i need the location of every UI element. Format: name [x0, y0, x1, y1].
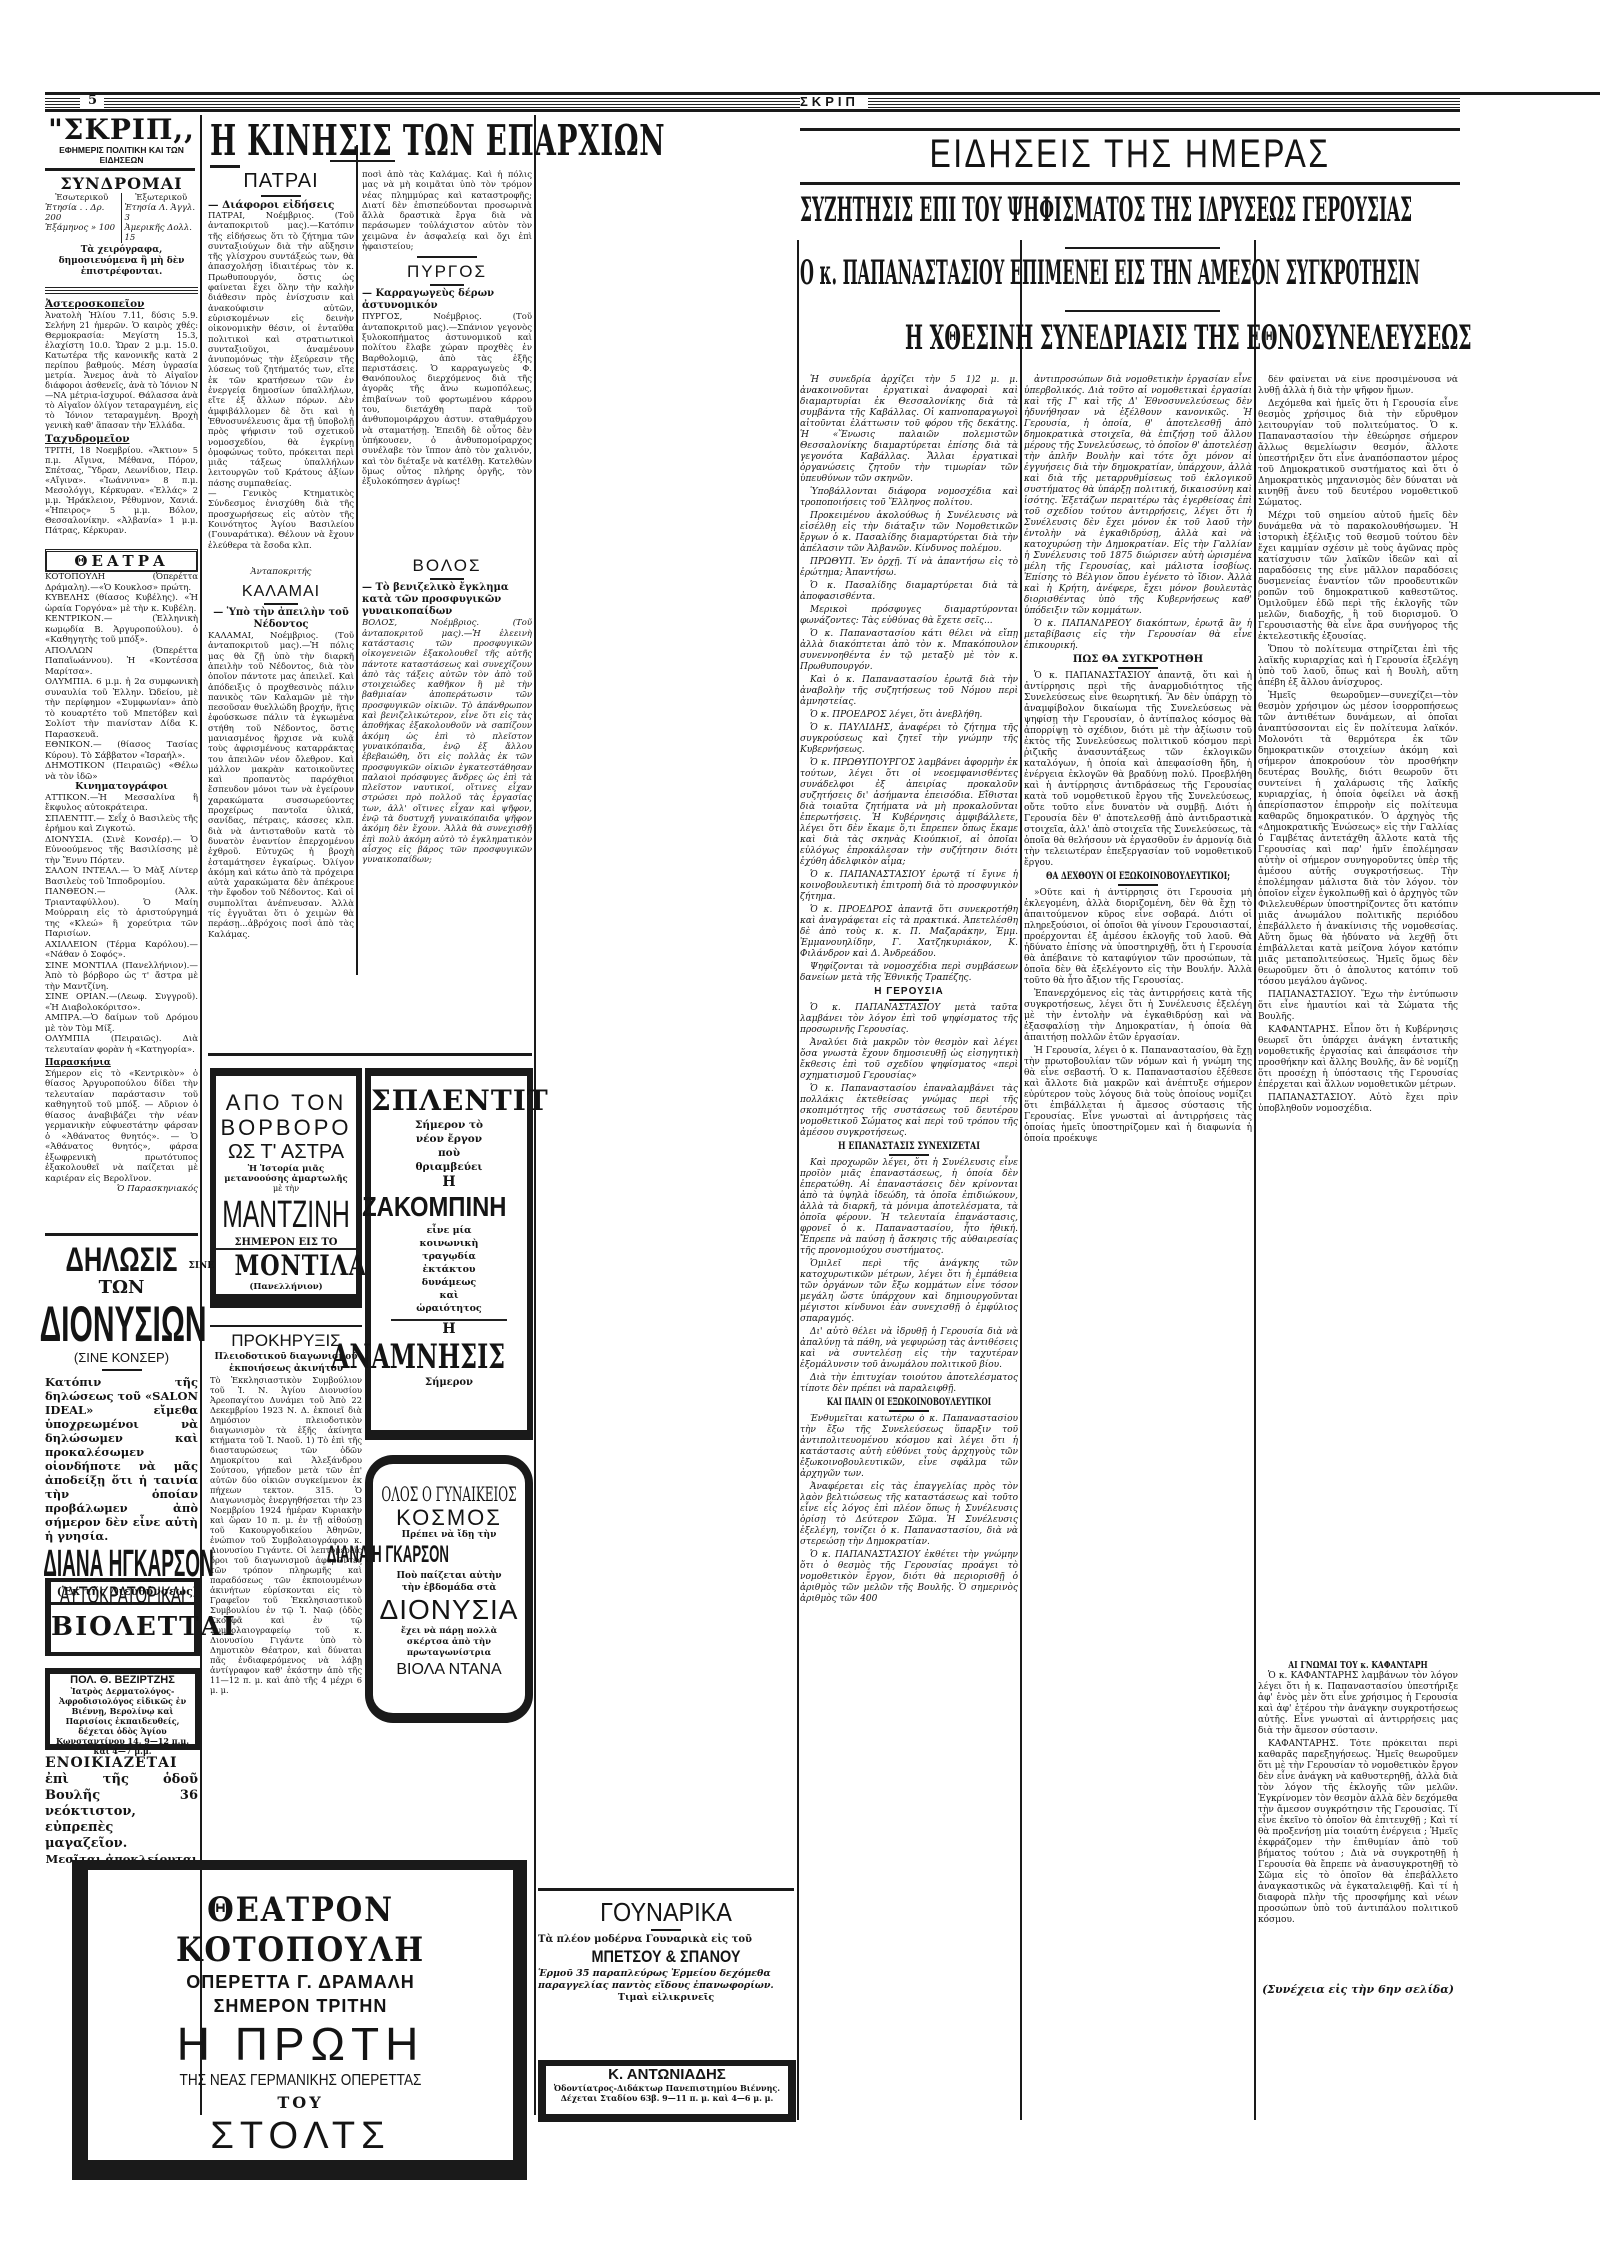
cinema-title: Κινηματογράφοι [45, 782, 198, 793]
paragraph: Ἀναφέρεται εἰς τὰς ἐπαγγελίας πρὸς τὸν λ… [800, 1482, 1018, 1548]
provinces-title: Η ΚΙΝΗΣΙΣ ΤΩΝ ΕΠΑΡΧΙΩΝ [210, 118, 665, 164]
paragraph: Ὅπου τὸ πολίτευμα στηρίζεται ἐπὶ τῆς λαϊ… [1258, 645, 1458, 689]
divider [330, 160, 395, 162]
provinces-column-b: ποσὶ ἀπὸ τὰς Καλάμας. Καὶ ἡ πόλις μας νὰ… [362, 170, 532, 903]
ad-line: (ΣΙΝΕ ΚΟΝΣΕΡ) [45, 1350, 198, 1365]
paragraph: Μέχρι τοῦ σημείου αὐτοῦ ἡμεῖς δὲν δυνάμε… [1258, 511, 1458, 643]
cinema-entry: ΣΑΛΟΝ ΙΝΤΕΑΛ.— Ὁ Μὰξ Λίντερ Βασιλεὺς τοῦ… [45, 866, 198, 887]
rent-body: ἐπὶ τῆς ὁδοῦ Βουλῆς 36 νεόκτιστον, εὐπρε… [45, 1772, 198, 1851]
provinces-column-a: ΠΑΤΡΑΙ — Διάφοροι εἰδήσεις ΠΑΤΡΑΙ, Νοέμβ… [208, 170, 354, 971]
divider [417, 256, 477, 258]
revolution-title: Η ΕΠΑΝΑΣΤΑΣΙΣ ΣΥΝΕΧΙΖΕΤΑΙ [822, 1141, 996, 1152]
ad-when: Σήμερον [371, 1377, 527, 1388]
divider [1118, 667, 1158, 669]
headline-1: ΣΥΖΗΤΗΣΙΣ ΕΠΙ ΤΟΥ ΨΗΦΙΣΜΑΤΟΣ ΤΗΣ ΙΔΡΥΣΕΩ… [800, 190, 1412, 230]
cinema-entry: ΟΛΥΜΠΙΑ (Πειραιῶς). Διὰ τελευταίαν φορὰν… [45, 1034, 198, 1055]
divider [889, 1410, 929, 1412]
ad-montila: ΑΠΟ ΤΟΝ ΒΟΡΒΟΡΟ ΩΣ Τ' ΑΣΤΡΑ Ἡ Ἱστορία μι… [210, 1068, 362, 1308]
observatory-title: Ἀστεροσκοπεῖον [45, 298, 198, 310]
continued-notice: (Συνέχεια εἰς τὴν 6ην σελίδα) [1258, 1983, 1458, 1996]
kafantaris-text: Ὁ κ. ΚΑΦΑΝΤΑΡΗΣ λαμβάνων τὸν λόγον λέγει… [1258, 1671, 1458, 1737]
kalamai-continued: ποσὶ ἀπὸ τὰς Καλάμας. Καὶ ἡ πόλις μας νὰ… [362, 170, 532, 252]
again-text: Ἐνθυμεῖται κατωτέρω ὁ κ. Παπαναστασίου τ… [800, 1414, 1018, 1644]
antoniadis-name: Κ. ΑΝΤΩΝΙΑΔΗΣ [546, 2066, 788, 2083]
paragraph: Ὁ κ. ΠΡΟΕΔΡΟΣ ἀπαντᾷ ὅτι συνεκροτήθη καὶ… [800, 905, 1018, 960]
column-divider [200, 115, 202, 2115]
kalamai-text: ΚΑΛΑΜΑΙ, Νοέμβριος. (Τοῦ ἀνταποκριτοῦ μα… [208, 631, 354, 971]
ad-dionysia-declaration: ΔΗΛΩΣΙΣ ΤΩΝ ΔΙΟΝΥΣΙΩΝ (ΣΙΝΕ ΚΟΝΣΕΡ) Κατό… [45, 1233, 198, 1605]
ad-line: ΑΥΤΟΚΡΑΤΟΡΙΚΑΙ [53, 1582, 191, 1610]
divider [264, 603, 298, 605]
pyrgos-subhead: — Καρραγωγεὺς δέρων ἀστυνομικόν [362, 288, 532, 312]
proclamation-text: Τὸ Ἐκκλησιαστικὸν Συμβούλιον τοῦ Ἰ. Ν. Ἁ… [210, 1375, 362, 1695]
divider [102, 1369, 142, 1371]
ad-line: ΘΕΑΤΡΟΝ ΚΟΤΟΠΟΥΛΗ [109, 1890, 492, 1970]
ad-with: μὲ τὴν [216, 1184, 356, 1193]
news-column-1: Ἡ συνεδρία ἀρχίζει τὴν 5 1)2 μ. μ. ἀνακο… [800, 375, 1018, 1644]
domestic-label: Ἐσωτερικοῦ [45, 193, 119, 203]
paragraph: Ὁ κ. ΠΡΟΕΔΡΟΣ λέγει, ὅτι ἀνεβλήθη. [800, 710, 1018, 721]
gerousia-text: Ὁ κ. ΠΑΠΑΝΑΣΤΑΣΙΟΥ μετὰ ταῦτα λαμβάνει τ… [800, 1003, 1018, 1139]
ad-kotopouli: ΘΕΑΤΡΟΝ ΚΟΤΟΠΟΥΛΗ ΟΠΕΡΕΤΤΑ Γ. ΔΡΑΜΑΛΗ ΣΗ… [72, 1860, 527, 2180]
foreign-row: Ἀμερικῆς Δολλ. 15 [125, 223, 199, 243]
masthead-paper-name: ΣΚΡΙΠ [800, 94, 859, 109]
ad-line: ΟΛΟΣ Ο ΓΥΝΑΙΚΕΙΟΣ [379, 1482, 518, 1506]
divider [430, 284, 464, 286]
ad-line: Ποὺ παίζεται αὐτὴν τὴν ἑβδομάδα στὰ [373, 1570, 525, 1594]
antoniadis-text: Ὀδοντίατρος-Διδάκτωρ Πανεπιστημίου Βιένν… [546, 2083, 788, 2103]
ad-line: Πρέπει νὰ ἴδῃ τὴν [373, 1530, 525, 1540]
paragraph: Ἀναλύει διὰ μακρῶν τὸν θεσμὸν καὶ λέγει … [800, 1038, 1018, 1082]
foreign-row: Ἐτησία Λ. Ἀγγλ. 3 [125, 203, 199, 223]
divider [45, 1233, 198, 1236]
divider [889, 1154, 929, 1156]
backstage-text: Σήμερον εἰς τὸ «Κεντρικὸν» ὁ θίασος Ἀργυ… [45, 1069, 198, 1185]
paragraph: Ὁ κ. ΠΑΠΑΝΑΣΤΑΣΙΟΥ ἐκθέτει τὴν γνώμην ὅτ… [800, 1550, 1018, 1605]
ad-splendid: ΣΠΛΕΝΤΙΤ Σήμερον τὸ νέον ἔργον ποὺ θριαμ… [365, 1068, 533, 1440]
kafantaris-title: ΑΙ ΓΝΩΜΑΙ ΤΟΥ κ. ΚΑΦΑΝΤΑΡΗ [1254, 1660, 1462, 1671]
left-column: "ΣΚΡΙΠ,, ΕΦΗΜΕΡΙΣ ΠΟΛΙΤΙΚΗ ΚΑΙ ΤΩΝ ΕΙΔΗΣ… [45, 115, 198, 1195]
accept-text: »Οὔτε καὶ ἡ ἀντίρρησις ὅτι Γερουσία μὴ ἐ… [1024, 888, 1252, 1468]
paragraph: Ὁ κ. Παπαναστασίου ἐπαναλαμβάνει τὰς πολ… [800, 1084, 1018, 1139]
paragraph: ΠΡΩΘΥΠ. Ἐν ὀρχῇ. Τί νὰ ἀπαντήσω εἰς τὸ ἐ… [800, 557, 1018, 579]
column-divider [797, 240, 799, 2120]
proclamation-subtitle: Πλειοδοτικοῦ διαγωνισμοῦ ἐκποιήσεως ἀκιν… [210, 1351, 362, 1375]
divider [800, 182, 1460, 185]
ad-line: ΣΗΜΕΡΟΝ ΤΡΙΤΗΝ [88, 1994, 513, 2018]
masthead-bottom-rule [45, 109, 1460, 112]
paragraph: Ἡμεῖς θεωροῦμεν—συνεχίζει—τὸν θεσμὸν χρή… [1258, 691, 1458, 988]
paragraph: Ὁ κ. ΠΑΥΛΙΔΗΣ, ἀναφέρει τὸ ζήτημα τῆς συ… [800, 723, 1018, 756]
ad-line: ΤΗΣ ΝΕΑΣ ΓΕΡΜΑΝΙΚΗΣ ΟΠΕΡΕΤΤΑΣ [120, 2070, 481, 2092]
post-text: ΤΡΙΤΗ, 18 Νοεμβρίου. «Ἄκτιον» 5 π.μ. Αἴγ… [45, 445, 198, 545]
cinema-entry: ΑΤΤΙΚΟΝ.—Ἡ Μεσσαλίνα ἢ ἔκφυλος αὐτοκράτε… [45, 793, 198, 814]
ad-desc: εἶνε μία κοινωνικὴ τραγῳδία ἐκτάκτου δυν… [371, 1224, 527, 1315]
cinema-entry: ΣΙΝΕ ΜΟΝΤΙΛΑ (Πανελλήνιον).—Ἀπὸ τὸ βόρβο… [45, 961, 198, 993]
accept-title: ΘΑ ΔΕΧΘΟΥΝ ΟΙ ΕΞΩΚΟΙΝΟΒΟΥΛΕΥΤΙΚΟΙ; [1030, 871, 1246, 882]
foreign-label: Ἐξωτερικοῦ [125, 193, 199, 203]
proclamation: ΠΡΟΚΗΡΥΞΙΣ Πλειοδοτικοῦ διαγωνισμοῦ ἐκπο… [210, 1325, 362, 1695]
news-section-title: ΕΙΔΗΣΕΙΣ ΤΗΣ ΗΜΕΡΑΣ [866, 130, 1394, 178]
paragraph: Καὶ προχωρῶν λέγει, ὅτι ἡ Συνέλευσις εἶν… [800, 1158, 1018, 1257]
divider [261, 195, 301, 197]
backstage-title: Παρασκήνια [45, 1058, 198, 1069]
domestic-row: Ἑξάμηνος » 100 [45, 223, 119, 233]
divider [651, 1929, 681, 1931]
ad-line: ΟΠΕΡΕΤΤΑ Γ. ΔΡΑΜΑΛΗ [88, 1970, 513, 1994]
ad-star: ΔΙΑΝΑ Η ΓΚΑΡΣΟΝ [313, 1540, 463, 1570]
theatre-entry: ΚΥΒΕΛΗΣ (θίασος Κυβέλης). «Ἡ ὡραία Γοργό… [45, 593, 198, 614]
divider [1065, 310, 1220, 312]
paragraph: Ὁ κ. ΠΑΠΑΝΑΣΤΑΣΙΟΥ ἐρωτᾷ τί ἔγινε ἡ κοιν… [800, 870, 1018, 903]
city-patrai: ΠΑΤΡΑΙ [208, 170, 354, 193]
paragraph: Ὑποβάλλονται διάφορα νομοσχέδια καὶ τροπ… [800, 487, 1018, 509]
paragraph: Μερικοὶ πρόσφυγες διαμαρτύρονται φωνάζον… [800, 605, 1018, 627]
ad-antoniadis: Κ. ΑΝΤΩΝΙΑΔΗΣ Ὀδοντίατρος-Διδάκτωρ Πανεπ… [538, 2060, 796, 2122]
ad-star: ΖΑΚΟΜΠΙΝΗ [351, 1190, 518, 1224]
paragraph: Ὁ κ. ΚΑΦΑΝΤΑΡΗΣ λαμβάνων τὸν λόγον λέγει… [1258, 1671, 1458, 1737]
theatre-entry: ΟΛΥΜΠΙΑ. 6 μ.μ. ἡ 2α συμφωνικὴ συναυλία … [45, 677, 198, 740]
paragraph: ΚΑΦΑΝΤΑΡΗΣ. Τότε πρόκειται περὶ καθαρᾶς … [1258, 1739, 1458, 1926]
rent-text: ΕΝΟΙΚΙΑΖΕΤΑΙ ἐπὶ τῆς ὁδοῦ Βουλῆς 36 νεόκ… [45, 1755, 198, 1852]
divider [45, 168, 195, 171]
masthead-hatch [868, 96, 1460, 108]
theatre-entry: ΕΘΝΙΚΟΝ.— (θίασος Τασίας Κύρου). Τὸ Σάββ… [45, 740, 198, 761]
paragraph: Ἡ Γερουσία, λέγει ὁ κ. Παπαναστασίου, θὰ… [1024, 1046, 1252, 1145]
column-divider [1020, 240, 1022, 2120]
session-text: Ἡ συνεδρία ἀρχίζει τὴν 5 1)2 μ. μ. ἀνακο… [800, 375, 1018, 984]
paragraph: Δεχόμεθα καὶ ἡμεῖς ὅτι ἡ Γερουσία εἶνε θ… [1258, 399, 1458, 509]
cinema-entry: ΣΠΛΕΝΤΙΤ.— Σεΐχ ὁ Βασιλεὺς τῆς ἐρήμου κα… [45, 814, 198, 835]
ad-article: Η [371, 1174, 527, 1190]
furs-text-2: Ἑρμοῦ 35 παραπλεύρως Ἐρμείου δεχόμεθα πα… [538, 1968, 794, 1992]
theatres-list: ΚΟΤΟΠΟΥΛΗ (Ὀπερέττα Δράμαλη).—«Ὁ Κουκλοσ… [45, 572, 198, 1195]
pyrgos-text: ΠΥΡΓΟΣ, Νοέμβριος. (Τοῦ ἀνταποκριτοῦ μας… [362, 312, 532, 552]
col3-text: δὲν φαίνεται νὰ εἶνε προσιμένουσα νὰ λυθ… [1258, 375, 1458, 1660]
again-title: ΚΑΙ ΠΑΛΙΝ ΟΙ ΕΞΩΚΟΙΝΟΒΟΥΛΕΥΤΙΚΟΙ [809, 1397, 1009, 1408]
theatre-entry: ΚΕΝΤΡΙΚΟΝ.— (Ἑλληνικὴ κωμῳδία Β. Ἀργυροπ… [45, 614, 198, 646]
ad-line: Η ΠΡΩΤΗ [88, 2018, 513, 2070]
column-divider [356, 145, 358, 975]
paragraph: Ἡ συνεδρία ἀρχίζει τὴν 5 1)2 μ. μ. ἀνακο… [800, 375, 1018, 485]
paragraph: Ἐνθυμεῖται κατωτέρω ὁ κ. Παπαναστασίου τ… [800, 1414, 1018, 1480]
cinema-entry: ΠΑΝΘΕΟΝ.— (Ἀλκ. Τριανταφύλλου). Ὁ Μαίη Μ… [45, 887, 198, 940]
ad-doctor: ΠΟΛ. Θ. ΒΕΖΙΡΤΖΗΣ Ἰατρὸς Δερματολόγος-Ἀφ… [45, 1668, 200, 1750]
paragraph: Ὁ κ. Πασαλίδης διαμαρτύρεται διὰ τὰ ἀποφ… [800, 581, 1018, 603]
furs-title: ΓΟΥΝΑΡΙΚΑ [551, 1897, 781, 1927]
post-title: Ταχυδρομεῖον [45, 433, 198, 445]
page-number: 5 [88, 93, 97, 108]
observatory-text: Ἀνατολὴ Ἡλίου 7.11, δύσις 5.9. Σελήνη 21… [45, 310, 198, 430]
divider [430, 578, 464, 580]
furs-text-3: Τιμαὶ εἰλικρινεῖς [538, 1992, 794, 2003]
paragraph: Ὁ κ. ΠΑΠΑΝΔΡΕΟΥ διακόπτων, ἐρωτᾷ ἂν ἡ με… [1024, 619, 1252, 652]
paragraph: Δι' αὐτὸ θέλει νὰ ἱδρυθῇ ἡ Γερουσία διὰ … [800, 1327, 1018, 1371]
ad-line: ΩΣ Τ' ΑΣΤΡΑ [216, 1140, 356, 1164]
ad-venue-row: ΣΙΝΕ ΜΟΝΤΙΛΑ [216, 1250, 356, 1282]
correspondent-signature: Ἀνταποκριτής [208, 567, 354, 577]
ad-line: ΔΙΟΝΥΣΙΩΝ [40, 1298, 204, 1350]
divider [1065, 247, 1220, 249]
paragraph: δὲν φαίνεται νὰ εἶνε προσιμένουσα νὰ λυθ… [1258, 375, 1458, 397]
ad-line: ΒΙΟΛΕΤΤΑΙ [51, 1610, 194, 1644]
volos-text: ΒΟΛΟΣ, Νοέμβριος. (Τοῦ ἀνταποκριτοῦ μας)… [362, 618, 532, 903]
headline-3: Η ΧΘΕΣΙΝΗ ΣΥΝΕΔΡΙΑΣΙΣ ΤΗΣ ΕΘΝΟΣΥΝΕΛΕΥΣΕΩ… [905, 318, 1472, 358]
divider [538, 1888, 794, 1891]
section-rule [45, 286, 198, 294]
doctor-name: ΠΟΛ. Θ. ΒΕΖΙΡΤΖΗΣ [50, 1674, 195, 1686]
paragraph: ΚΑΦΑΝΤΑΡΗΣ. Εἶπον ὅτι ἡ Κυβέρνησις θεωρε… [1258, 1025, 1458, 1091]
ad-diana: ΟΛΟΣ Ο ΓΥΝΑΙΚΕΙΟΣ ΚΟΣΜΟΣ Πρέπει νὰ ἴδῃ τ… [365, 1455, 533, 1723]
doctor-text: Ἰατρὸς Δερματολόγος-Ἀφροδισιολόγος εἰδικ… [50, 1686, 195, 1756]
city-kalamai: ΚΑΛΑΜΑΙ [208, 583, 354, 601]
theatres-title: ΘΕΑΤΡΑ [47, 552, 196, 570]
ad-rent: ΕΝΟΙΚΙΑΖΕΤΑΙ ἐπὶ τῆς ὁδοῦ Βουλῆς 36 νεόκ… [45, 1755, 198, 1866]
paragraph: Ἐπανερχόμενος εἰς τὰς ἀντιρρήσεις κατὰ τ… [1024, 989, 1252, 1044]
ad-line: ΑΠΟ ΤΟΝ [216, 1090, 356, 1116]
ad-cine: ΣΙΝΕ [188, 1261, 214, 1271]
divider [889, 999, 929, 1001]
paragraph: Ὁμιλεῖ περὶ τῆς ἀνάγκης τῶν κατοχυρωτικῶ… [800, 1259, 1018, 1325]
subscriptions-table: Ἐσωτερικοῦ Ἐτησία . . Δρ. 200 Ἑξάμηνος »… [45, 193, 198, 243]
paragraph: Ψηφίζονται τὰ νομοσχέδια περὶ συμβάσεων … [800, 962, 1018, 984]
ad-venue: ΜΟΝΤΙΛΑ [235, 1250, 367, 1282]
news-column-3: δὲν φαίνεται νὰ εἶνε προσιμένουσα νὰ λυθ… [1258, 375, 1458, 1996]
city-pyrgos: ΠΥΡΓΟΣ [362, 262, 532, 282]
col2-text: ἀντιπροσώπων διὰ νομοθετικὴν ἐργασίαν εἶ… [1024, 375, 1252, 652]
paragraph: Ὁ κ. ΠΡΩΘΥΠΟΥΡΓΟΣ λαμβάνει ἀφορμὴν ἐκ το… [800, 758, 1018, 868]
theatre-entry: ΚΟΤΟΠΟΥΛΗ (Ὀπερέττα Δράμαλη).—«Ὁ Κουκλοσ… [45, 572, 198, 593]
theatres-header-box: ΘΕΑΤΡΑ [45, 549, 198, 572]
cinema-entry: ΑΧΙΛΛΕΙΟΝ (Τέρμα Καρόλου).— «Νάθαν ὁ Σοφ… [45, 940, 198, 961]
masthead-hatch [45, 96, 80, 108]
ad-line: ΔΗΛΩΣΙΣ [64, 1242, 179, 1278]
headline-2: Ο κ. ΠΑΠΑΝΑΣΤΑΣΙΟΥ ΕΠΙΜΕΝΕΙ ΕΙΣ ΤΗΝ ΑΜΕΣ… [800, 253, 1420, 293]
ad-line: ΤΩΝ [45, 1278, 198, 1298]
paragraph: ἀντιπροσώπων διὰ νομοθετικὴν ἐργασίαν εἶ… [1024, 375, 1252, 617]
paragraph: Ὁ κ. ΠΑΠΑΝΑΣΤΑΣΙΟΥ ἀπαντᾷ, ὅτι καὶ ἡ ἀντ… [1024, 671, 1252, 869]
ad-violets: ΑΥΤΟΚΡΑΤΟΡΙΚΑΙ ΒΙΟΛΕΤΤΑΙ [45, 1578, 200, 1656]
ad-venue-note: (Πανελλήνιον) [216, 1282, 356, 1292]
paragraph: Διὰ τὴν ἐπιτυχίαν τοιούτου ἀποτελέσματος… [800, 1373, 1018, 1395]
ad-star-2: ΒΙΟΛΑ ΝΤΑΝΑ [373, 1659, 525, 1681]
ad-furs: ΓΟΥΝΑΡΙΚΑ Τὰ πλέον μοδέρνα Γουναρικὰ εἰς… [538, 1888, 794, 2003]
ad-line: ἔχει νὰ πάρῃ πολλὰ σκέρτσα ἀπὸ τὴν πρωτα… [373, 1626, 525, 1659]
furs-text-1: Τὰ πλέον μοδέρνα Γουναρικὰ εἰς τοῦ [538, 1933, 794, 1946]
ad-article: Η [391, 1319, 507, 1337]
paragraph: ΠΑΠΑΝΑΣΤΑΣΙΟΥ. Ἔχω τὴν ἐντύπωσιν ὅτι εἶν… [1258, 990, 1458, 1023]
paragraph: Καὶ ὁ κ. Παπαναστασίου ἐρωτᾷ διὰ τὴν ἀνα… [800, 675, 1018, 708]
city-volos: ΒΟΛΟΣ [362, 556, 532, 576]
ad-venue: ΣΠΛΕΝΤΙΤ [371, 1084, 527, 1118]
ad-body: Κατόπιν τῆς δηλώσεως τοῦ «SALON IDEAL» ε… [45, 1375, 198, 1543]
paragraph: Ὁ κ. Παπαναστασίου κάτι θέλει νὰ εἴπῃ ἀλ… [800, 629, 1018, 673]
patrai-text: ΠΑΤΡΑΙ, Νοέμβριος. (Τοῦ ἀνταποκριτοῦ μας… [208, 211, 354, 489]
kalamai-subhead: — Ὑπὸ τὴν ἀπειλὴν τοῦ Νέδοντος [208, 607, 354, 631]
proclamation-title: ΠΡΟΚΗΡΥΞΙΣ [210, 1331, 362, 1351]
patrai-subhead: — Διάφοροι εἰδήσεις [208, 199, 354, 211]
patrai-text-2: — Γενικὸς Κτηματικὸς Σύνδεσμος ἐνισχύθη … [208, 489, 354, 567]
cinema-entry: ΣΙΝΕ ΟΡΙΑΝ.—(Λεωφ. Συγγροῦ). «Ἡ Διαβολοκ… [45, 992, 198, 1013]
rent-headline: ΕΝΟΙΚΙΑΖΕΤΑΙ [45, 1755, 178, 1771]
ad-venue: ΔΙΟΝΥΣΙΑ [373, 1594, 525, 1626]
theatre-entry: ΑΠΟΛΛΩΝ (Ὀπερέττα Παπαϊωάννου). Ἡ «Κοντέ… [45, 646, 198, 678]
column-divider [1254, 240, 1256, 2120]
paragraph: Προκειμένου ἀκολούθως ἡ Συνέλευσις νὰ εἰ… [800, 511, 1018, 555]
masthead-hatch [104, 96, 800, 108]
paragraph: Ὁ κ. ΠΑΠΑΝΑΣΤΑΣΙΟΥ μετὰ ταῦτα λαμβάνει τ… [800, 1003, 1018, 1036]
subscriptions-title: ΣΥΝΔΡΟΜΑΙ [45, 174, 198, 193]
backstage-signature: Ὁ Παρασκηνιακός [45, 1184, 198, 1195]
ad-line: ΤΟΥ [88, 2092, 513, 2114]
revolution-text: Καὶ προχωρῶν λέγει, ὅτι ἡ Συνέλευσις εἶν… [800, 1158, 1018, 1395]
furs-store: ΜΠΕΤΣΟΥ & ΣΠΑΝΟΥ [557, 1946, 775, 1968]
how-title: ΠΩΣ ΘΑ ΣΥΓΚΡΟΤΗΘΗ [1024, 654, 1252, 665]
manuscripts-notice: Τὰ χειρόγραφα, δημοσιευόμενα ἢ μὴ δὲν ἐπ… [45, 245, 198, 278]
volos-subhead: — Τὸ βενιζελικὸ ἔγκλημα κατὰ τῶν προσφυγ… [362, 582, 532, 618]
divider [210, 165, 240, 168]
paper-title: "ΣΚΡΙΠ,, [45, 115, 198, 145]
divider [208, 1053, 532, 1056]
ad-tagline: Ἡ Ἱστορία μιᾶς μετανοούσης ἁμαρτωλῆς [216, 1164, 356, 1184]
cinema-entry: ΔΙΟΝΥΣΙΑ. (Σινὲ Κονσέρ).— Ὁ Εὐνοούμενος … [45, 835, 198, 867]
paragraph: »Οὔτε καὶ ἡ ἀντίρρησις ὅτι Γερουσία μὴ ἐ… [1024, 888, 1252, 987]
theatre-entry: ΔΗΜΟΤΙΚΟΝ (Πειραιῶς) «Θέλω νὰ τὸν ἰδῶ» [45, 761, 198, 782]
ad-text: Σήμερον τὸ νέον ἔργον ποὺ θριαμβεύει [371, 1118, 527, 1174]
ad-line: ΣΤΟΛΤΣ [88, 2114, 513, 2158]
divider [1118, 884, 1158, 886]
domestic-row: Ἐτησία . . Δρ. 200 [45, 203, 119, 223]
paragraph: ΠΑΠΑΝΑΣΤΑΣΙΟΥ. Αὐτὸ ἔχει πρὶν ὑποβληθοῦν… [1258, 1093, 1458, 1115]
ad-line: ΒΟΡΒΟΡΟ [216, 1116, 356, 1140]
how-text: Ὁ κ. ΠΑΠΑΝΑΣΤΑΣΙΟΥ ἀπαντᾷ, ὅτι καὶ ἡ ἀντ… [1024, 671, 1252, 869]
divider [210, 1325, 362, 1327]
ad-star: ΜΑΝΤΖΙΝΗ [215, 1193, 358, 1237]
ad-line: ΚΟΣΜΟΣ [373, 1506, 525, 1530]
col4-text: ΚΑΦΑΝΤΑΡΗΣ. Τότε πρόκειται περὶ καθαρᾶς … [1258, 1739, 1458, 1979]
news-column-2: ἀντιπροσώπων διὰ νομοθετικὴν ἐργασίαν εἶ… [1024, 375, 1252, 1468]
paper-subtitle: ΕΦΗΜΕΡΙΣ ΠΟΛΙΤΙΚΗ ΚΑΙ ΤΩΝ ΕΙΔΗΣΕΩΝ [45, 145, 198, 165]
gerousia-title: Η ΓΕΡΟΥΣΙΑ [800, 986, 1018, 997]
cinema-entry: ΑΜΠΡΑ.—Ὁ δαίμων τοῦ Δρόμου μὲ τὸν Τὸμ Μί… [45, 1013, 198, 1034]
